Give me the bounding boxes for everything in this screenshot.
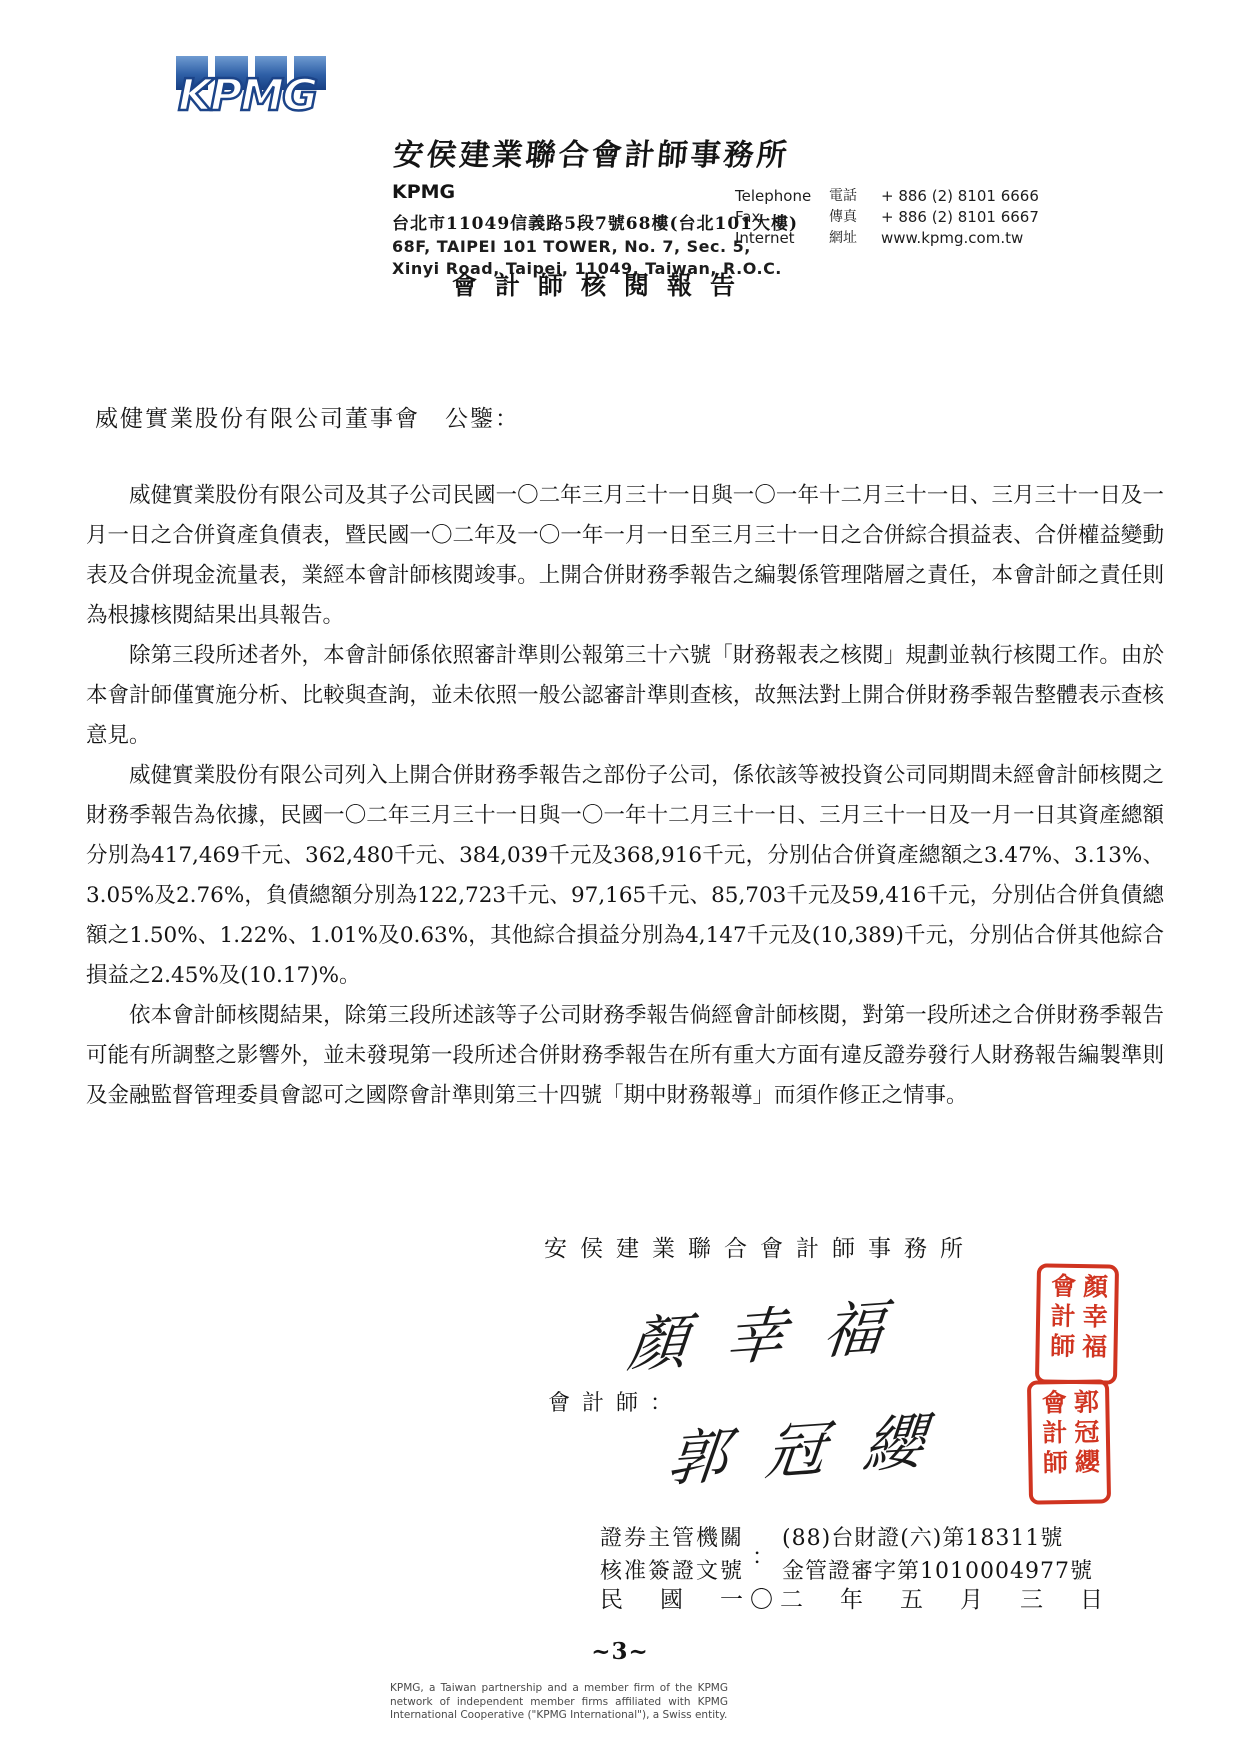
internet-label-zh: 網址 xyxy=(829,228,881,249)
report-date: 民 國 一〇二 年 五 月 三 日 xyxy=(600,1581,1110,1614)
contact-internet: Internet 網址 www.kpmg.com.tw xyxy=(735,228,1039,249)
approval-separator: ： xyxy=(752,1540,774,1571)
approval-value-line1: (88)台財證(六)第18311號 xyxy=(782,1522,1093,1555)
seal-2-name: 郭冠纓 xyxy=(1069,1388,1101,1495)
fax-label-en: Fax xyxy=(735,207,829,228)
signature-firm-name: 安侯建業聯合會計師事務所 xyxy=(544,1230,976,1263)
report-title: 會計師核閱報告 xyxy=(452,266,753,302)
paragraph-subsidiaries-figures: 威健實業股份有限公司列入上開合併財務季報告之部份子公司，係依該等被投資公司同期間… xyxy=(86,756,1164,996)
internet-label-en: Internet xyxy=(735,228,829,249)
contact-telephone: Telephone 電話 + 886 (2) 8101 6666 xyxy=(735,186,1039,207)
accountant-signature-2: 郭冠纓 xyxy=(664,1391,966,1498)
accountant-seal-1: 顏幸福 會計師 xyxy=(1035,1263,1119,1384)
kpmg-disclaimer: KPMG, a Taiwan partnership and a member … xyxy=(390,1682,728,1723)
report-body: 威健實業股份有限公司及其子公司民國一〇二年三月三十一日與一〇一年十二月三十一日、… xyxy=(86,476,1164,1116)
contact-fax: Fax 傳真 + 886 (2) 8101 6667 xyxy=(735,207,1039,228)
telephone-label-zh: 電話 xyxy=(829,186,881,207)
approval-label-line1: 證券主管機關 xyxy=(600,1522,744,1555)
seal-1-name: 顏幸福 xyxy=(1077,1273,1109,1376)
approval-labels: 證券主管機關 核准簽證文號 xyxy=(600,1522,744,1588)
accountant-seal-2: 郭冠纓 會計師 xyxy=(1027,1379,1111,1504)
kpmg-logo-text: KPMG xyxy=(176,74,326,118)
telephone-value: + 886 (2) 8101 6666 xyxy=(881,186,1039,207)
accountant-label: 會計師： xyxy=(548,1386,684,1417)
approval-reference: 證券主管機關 核准簽證文號 ： (88)台財證(六)第18311號 金管證審字第… xyxy=(600,1522,1093,1588)
paragraph-review-basis: 除第三段所述者外，本會計師係依照審計準則公報第三十六號「財務報表之核閱」規劃並執… xyxy=(86,636,1164,756)
seal-1-title: 會計師 xyxy=(1045,1272,1077,1375)
paragraph-scope: 威健實業股份有限公司及其子公司民國一〇二年三月三十一日與一〇一年十二月三十一日、… xyxy=(86,476,1164,636)
fax-value: + 886 (2) 8101 6667 xyxy=(881,207,1039,228)
kpmg-logo: KPMG xyxy=(176,56,326,118)
audit-report-page: KPMG 安侯建業聯合會計師事務所 KPMG 台北市11049信義路5段7號68… xyxy=(0,0,1240,1754)
fax-label-zh: 傳真 xyxy=(829,207,881,228)
paragraph-conclusion: 依本會計師核閱結果，除第三段所述該等子公司財務季報告倘經會計師核閱，對第一段所述… xyxy=(86,996,1164,1116)
contact-info: Telephone 電話 + 886 (2) 8101 6666 Fax 傳真 … xyxy=(735,186,1039,249)
approval-values: (88)台財證(六)第18311號 金管證審字第1010004977號 xyxy=(782,1522,1093,1588)
seal-2-title: 會計師 xyxy=(1037,1389,1069,1496)
firm-name-calligraphy: 安侯建業聯合會計師事務所 xyxy=(392,130,802,174)
salutation: 威健實業股份有限公司董事會 公鑒： xyxy=(95,400,520,433)
telephone-label-en: Telephone xyxy=(735,186,829,207)
page-number: ~3~ xyxy=(0,1638,1240,1665)
internet-value: www.kpmg.com.tw xyxy=(881,228,1023,249)
accountant-signature-1: 顏幸福 xyxy=(624,1277,926,1384)
